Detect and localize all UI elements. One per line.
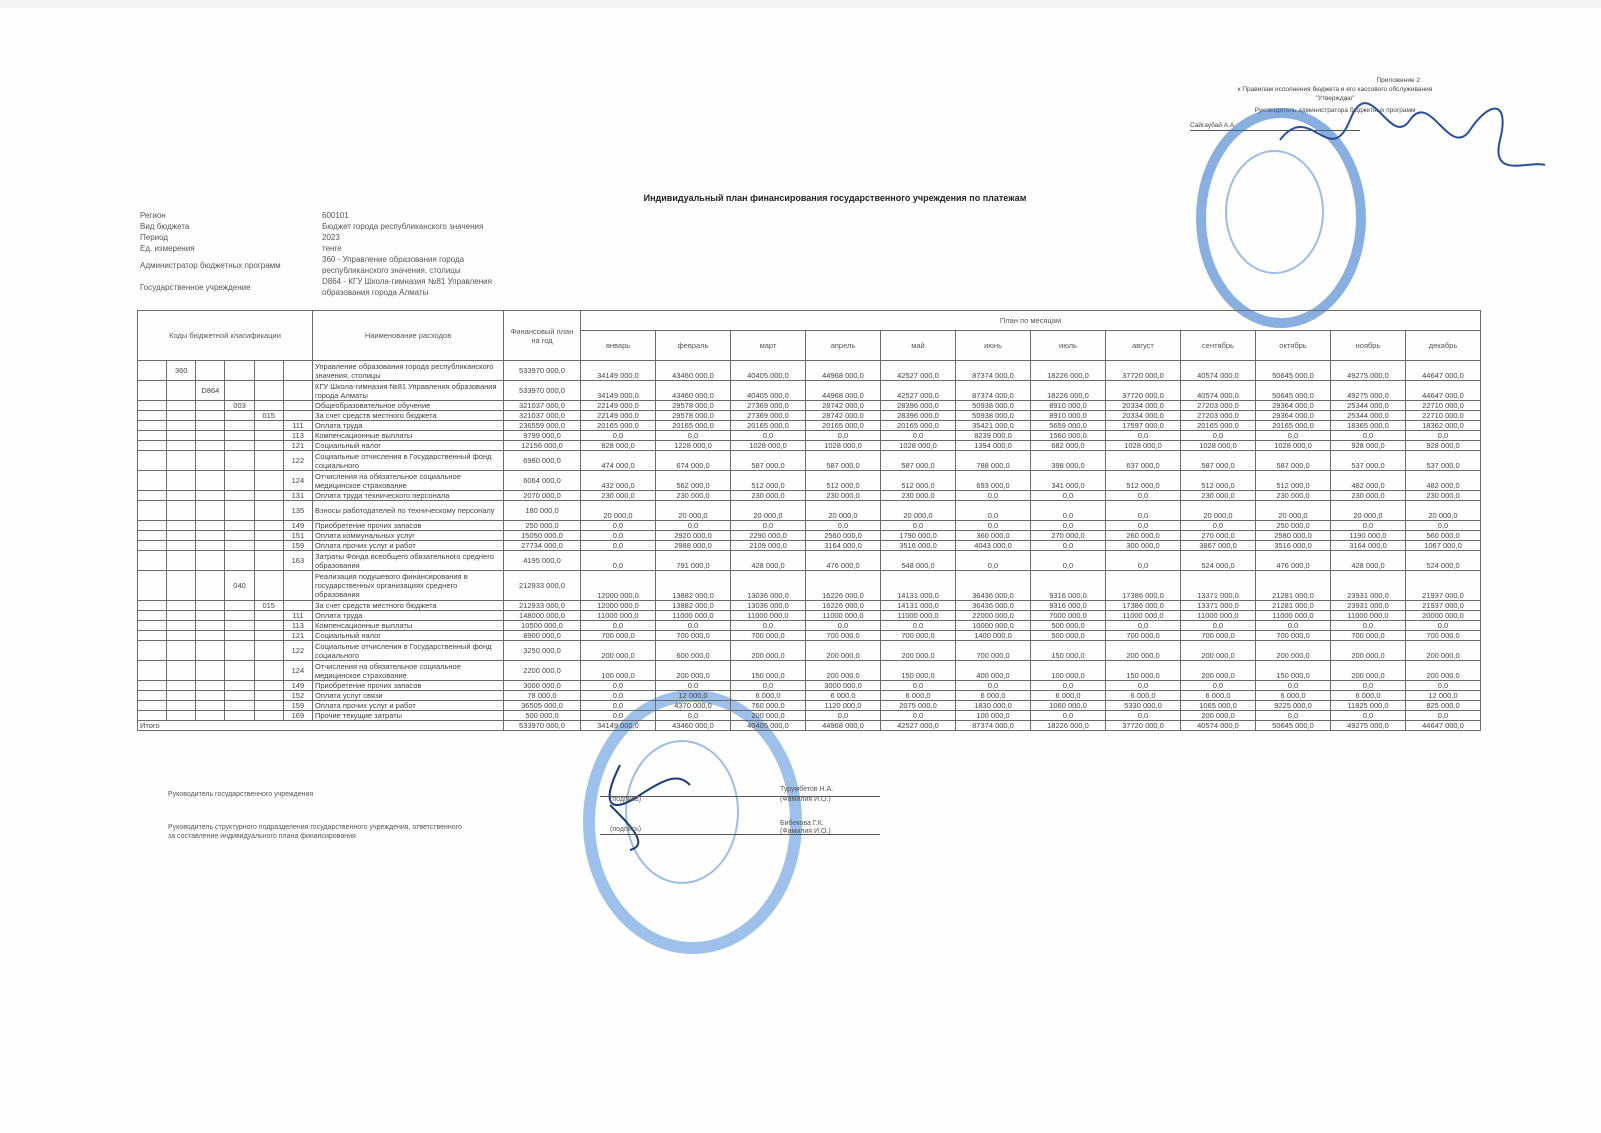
expense-name: Отчисления на обязательное социальное ме…	[313, 471, 504, 491]
month-value: 28742 000,0	[806, 401, 881, 411]
code-cell	[167, 691, 196, 701]
month-value: 11000 000,0	[1331, 611, 1406, 621]
code-cell	[138, 661, 167, 681]
month-value: 18365 000,0	[1331, 421, 1406, 431]
document-title: Индивидуальный план финансирования госуд…	[610, 193, 1060, 203]
annual-value: 27734 000,0	[504, 541, 581, 551]
total-month-value: 50645 000,0	[1256, 721, 1331, 731]
code-cell	[254, 491, 283, 501]
month-value: 0,0	[1256, 681, 1331, 691]
month-value: 0,0	[881, 621, 956, 631]
month-value: 928 000,0	[1406, 441, 1481, 451]
month-value: 8239 000,0	[956, 431, 1031, 441]
month-value: 476 000,0	[806, 551, 881, 571]
month-value: 700 000,0	[881, 631, 956, 641]
expense-name: Оплата труда	[313, 421, 504, 431]
code-cell: 131	[283, 491, 312, 501]
code-cell: 113	[283, 431, 312, 441]
code-cell	[167, 531, 196, 541]
month-value: 6 000,0	[1181, 691, 1256, 701]
code-cell: 169	[283, 711, 312, 721]
signature-bottom-icon	[590, 755, 710, 855]
month-value: 12 000,0	[1406, 691, 1481, 701]
month-value: 700 000,0	[1406, 631, 1481, 641]
month-value: 0,0	[656, 431, 731, 441]
header-month: июнь	[956, 331, 1031, 361]
month-value: 22149 000,0	[581, 401, 656, 411]
meta-value: тенге	[322, 243, 522, 254]
month-value: 0,0	[1331, 711, 1406, 721]
month-value: 29578 000,0	[656, 411, 731, 421]
month-value: 0,0	[1106, 501, 1181, 521]
month-value: 587 000,0	[731, 451, 806, 471]
table-row: 124Отчисления на обязательное социальное…	[138, 661, 1481, 681]
month-value: 40405 000,0	[731, 381, 806, 401]
month-value: 200 000,0	[1181, 711, 1256, 721]
month-value: 9225 000,0	[1256, 701, 1331, 711]
struct-fio-caption: (Фамилия И.О.)	[780, 828, 831, 835]
annual-value: 533970 000,0	[504, 361, 581, 381]
struct-name: Бибекова Г.К.	[780, 820, 824, 827]
month-value: 0,0	[1031, 521, 1106, 531]
month-value: 6 000,0	[731, 691, 806, 701]
code-cell	[196, 621, 225, 631]
month-value: 524 000,0	[1406, 551, 1481, 571]
month-value: 500 000,0	[1031, 621, 1106, 631]
month-value: 0,0	[1031, 501, 1106, 521]
month-value: 230 000,0	[1331, 491, 1406, 501]
table-row: 169Прочие текущие затраты500 000,00,00,0…	[138, 711, 1481, 721]
expense-name: Общеобразовательное обучение	[313, 401, 504, 411]
expense-name: Управление образования города республика…	[313, 361, 504, 381]
code-cell	[167, 601, 196, 611]
expense-name: Оплата прочих услуг и работ	[313, 701, 504, 711]
month-value: 1790 000,0	[881, 531, 956, 541]
code-cell	[254, 521, 283, 531]
code-cell	[196, 531, 225, 541]
month-value: 0,0	[731, 681, 806, 691]
code-cell	[225, 701, 254, 711]
code-cell: 163	[283, 551, 312, 571]
month-value: 1228 000,0	[656, 441, 731, 451]
code-cell	[225, 641, 254, 661]
code-cell	[225, 551, 254, 571]
month-value: 2560 000,0	[806, 531, 881, 541]
month-value: 0,0	[1331, 431, 1406, 441]
month-value: 40405 000,0	[731, 361, 806, 381]
month-value: 20 000,0	[806, 501, 881, 521]
annual-value: 321037 000,0	[504, 411, 581, 421]
month-value: 0,0	[956, 521, 1031, 531]
head-sign-caption: (подпись)	[610, 796, 641, 803]
table-row: 149Приобретение прочих запасов250 000,00…	[138, 521, 1481, 531]
code-cell	[138, 521, 167, 531]
code-cell	[138, 641, 167, 661]
total-month-value: 87374 000,0	[956, 721, 1031, 731]
month-value: 500 000,0	[1031, 631, 1106, 641]
code-cell	[196, 641, 225, 661]
table-row: 040Реализация подушевого финансирования …	[138, 571, 1481, 601]
month-value: 1065 000,0	[1181, 701, 1256, 711]
header-name: Наименование расходов	[313, 311, 504, 361]
month-value: 18226 000,0	[1031, 381, 1106, 401]
code-cell	[254, 531, 283, 541]
code-cell	[225, 451, 254, 471]
month-value: 200 000,0	[1106, 641, 1181, 661]
month-value: 20000 000,0	[1406, 611, 1481, 621]
month-value: 0,0	[1256, 711, 1331, 721]
code-cell	[167, 621, 196, 631]
month-value: 0,0	[1106, 681, 1181, 691]
table-row: 159Оплата прочих услуг и работ36505 000,…	[138, 701, 1481, 711]
code-cell: 015	[254, 601, 283, 611]
month-value: 1028 000,0	[1256, 441, 1331, 451]
header-month: октябрь	[1256, 331, 1331, 361]
annual-value: 212933 000,0	[504, 601, 581, 611]
month-value: 13036 000,0	[731, 601, 806, 611]
month-value: 6 000,0	[806, 691, 881, 701]
table-row: 163Затраты Фонда всеобщего обязательного…	[138, 551, 1481, 571]
month-value: 587 000,0	[1181, 451, 1256, 471]
annual-value: 148000 000,0	[504, 611, 581, 621]
month-value: 12000 000,0	[581, 571, 656, 601]
code-cell	[138, 571, 167, 601]
month-value: 0,0	[581, 691, 656, 701]
code-cell	[138, 401, 167, 411]
month-value: 27203 000,0	[1181, 411, 1256, 421]
month-value: 1120 000,0	[806, 701, 881, 711]
month-value: 270 000,0	[1031, 531, 1106, 541]
month-value: 0,0	[1031, 711, 1106, 721]
month-value: 2109 000,0	[731, 541, 806, 551]
code-cell	[254, 631, 283, 641]
total-month-value: 42527 000,0	[881, 721, 956, 731]
month-value: 341 000,0	[1031, 471, 1106, 491]
month-value: 13036 000,0	[731, 571, 806, 601]
month-value: 0,0	[656, 521, 731, 531]
month-value: 537 000,0	[1406, 451, 1481, 471]
month-value: 428 000,0	[1331, 551, 1406, 571]
month-value: 17386 000,0	[1106, 601, 1181, 611]
code-cell	[225, 441, 254, 451]
code-cell	[167, 681, 196, 691]
month-value: 200 000,0	[1181, 661, 1256, 681]
month-value: 43460 000,0	[656, 361, 731, 381]
month-value: 512 000,0	[806, 471, 881, 491]
month-value: 0,0	[1031, 541, 1106, 551]
expense-name: Прочие текущие затраты	[313, 711, 504, 721]
total-row: Итого533970 000,034149 000,043460 000,04…	[138, 721, 1481, 731]
total-month-value: 44968 000,0	[806, 721, 881, 731]
code-cell: 149	[283, 521, 312, 531]
month-value: 548 000,0	[881, 551, 956, 571]
month-value: 50645 000,0	[1256, 381, 1331, 401]
annual-value: 3000 000,0	[504, 681, 581, 691]
code-cell	[196, 451, 225, 471]
total-month-value: 49275 000,0	[1331, 721, 1406, 731]
month-value: 12000 000,0	[581, 601, 656, 611]
month-value: 0,0	[1256, 621, 1331, 631]
expense-name: Реализация подушевого финансирования в г…	[313, 571, 504, 601]
header-month: апрель	[806, 331, 881, 361]
month-value: 11825 000,0	[1331, 701, 1406, 711]
month-value: 49275 000,0	[1331, 361, 1406, 381]
meta-value: 360 - Управление образования города респ…	[322, 254, 522, 276]
month-value: 0,0	[1181, 431, 1256, 441]
month-value: 44968 000,0	[806, 361, 881, 381]
month-value: 637 000,0	[1106, 451, 1181, 471]
month-value: 44647 000,0	[1406, 381, 1481, 401]
month-value: 21937 000,0	[1406, 601, 1481, 611]
month-value: 482 000,0	[1406, 471, 1481, 491]
table-row: 124Отчисления на обязательное социальное…	[138, 471, 1481, 491]
code-cell	[283, 571, 312, 601]
code-cell: 124	[283, 471, 312, 491]
month-value: 5659 000,0	[1031, 421, 1106, 431]
month-value: 2988 000,0	[656, 541, 731, 551]
month-value: 20165 000,0	[1256, 421, 1331, 431]
code-cell	[138, 441, 167, 451]
expense-name: Оплата труда	[313, 611, 504, 621]
table-row: 121Социальный налог12156 000,0828 000,01…	[138, 441, 1481, 451]
annual-value: 533970 000,0	[504, 381, 581, 401]
month-value: 87374 000,0	[956, 361, 1031, 381]
month-value: 20 000,0	[881, 501, 956, 521]
code-cell	[283, 601, 312, 611]
table-row: 135Взносы работодателей по техническому …	[138, 501, 1481, 521]
code-cell	[138, 551, 167, 571]
month-value: 40574 000,0	[1181, 381, 1256, 401]
code-cell	[196, 691, 225, 701]
month-value: 200 000,0	[806, 661, 881, 681]
month-value: 25344 000,0	[1331, 401, 1406, 411]
month-value: 0,0	[1031, 681, 1106, 691]
code-cell	[138, 701, 167, 711]
code-cell	[138, 431, 167, 441]
code-cell: 135	[283, 501, 312, 521]
code-cell	[138, 501, 167, 521]
month-value: 700 000,0	[731, 631, 806, 641]
code-cell	[138, 691, 167, 701]
month-value: 230 000,0	[656, 491, 731, 501]
month-value: 10000 000,0	[956, 621, 1031, 631]
code-cell	[225, 711, 254, 721]
month-value: 537 000,0	[1331, 451, 1406, 471]
month-value: 474 000,0	[581, 451, 656, 471]
month-value: 0,0	[581, 701, 656, 711]
expense-name: Оплата труда технического персонала	[313, 491, 504, 501]
code-cell	[138, 421, 167, 431]
month-value: 35421 000,0	[956, 421, 1031, 431]
month-value: 0,0	[656, 681, 731, 691]
code-cell	[196, 491, 225, 501]
month-value: 100 000,0	[956, 711, 1031, 721]
table-row: 003Общеобразовательное обучение321037 00…	[138, 401, 1481, 411]
month-value: 34149 000,0	[581, 381, 656, 401]
total-month-value: 34149 000,0	[581, 721, 656, 731]
code-cell: D864	[196, 381, 225, 401]
code-cell	[225, 501, 254, 521]
expense-name: Социальные отчисления в Государственный …	[313, 641, 504, 661]
code-cell	[225, 491, 254, 501]
code-cell: 121	[283, 441, 312, 451]
code-cell	[196, 601, 225, 611]
month-value: 20 000,0	[656, 501, 731, 521]
month-value: 0,0	[656, 711, 731, 721]
month-value: 11000 000,0	[806, 611, 881, 621]
month-value: 43460 000,0	[656, 381, 731, 401]
expense-name: Компенсационные выплаты	[313, 431, 504, 441]
month-value: 1028 000,0	[806, 441, 881, 451]
head-signature-label: Руководитель государственного учреждения	[168, 790, 468, 799]
code-cell	[138, 541, 167, 551]
month-value: 0,0	[1331, 681, 1406, 691]
month-value: 512 000,0	[731, 471, 806, 491]
code-cell: 040	[225, 571, 254, 601]
month-value: 20 000,0	[731, 501, 806, 521]
code-cell: 159	[283, 701, 312, 711]
total-month-value: 43460 000,0	[656, 721, 731, 731]
code-cell	[254, 691, 283, 701]
month-value: 11000 000,0	[1256, 611, 1331, 621]
header-month: июль	[1031, 331, 1106, 361]
code-cell	[196, 711, 225, 721]
annual-value: 2070 000,0	[504, 491, 581, 501]
annual-value: 250 000,0	[504, 521, 581, 531]
month-value: 6 000,0	[1106, 691, 1181, 701]
code-cell	[196, 611, 225, 621]
month-value: 428 000,0	[731, 551, 806, 571]
month-value: 0,0	[1181, 621, 1256, 631]
month-value: 560 000,0	[1406, 531, 1481, 541]
meta-label: Администратор бюджетных программ	[140, 260, 322, 271]
code-cell	[283, 361, 312, 381]
month-value: 8910 000,0	[1031, 411, 1106, 421]
annual-value: 12156 000,0	[504, 441, 581, 451]
month-value: 0,0	[806, 621, 881, 631]
month-value: 200 000,0	[881, 641, 956, 661]
code-cell	[167, 631, 196, 641]
month-value: 20 000,0	[1406, 501, 1481, 521]
month-value: 22710 000,0	[1406, 411, 1481, 421]
struct-signature-label: Руководитель структурного подразделения …	[168, 823, 468, 841]
code-cell	[196, 501, 225, 521]
annual-value: 180 000,0	[504, 501, 581, 521]
month-value: 21281 000,0	[1256, 571, 1331, 601]
month-value: 0,0	[581, 711, 656, 721]
month-value: 20165 000,0	[1181, 421, 1256, 431]
code-cell	[167, 451, 196, 471]
month-value: 700 000,0	[581, 631, 656, 641]
month-value: 482 000,0	[1331, 471, 1406, 491]
meta-label: Регион	[140, 210, 322, 221]
month-value: 0,0	[956, 491, 1031, 501]
month-value: 693 000,0	[956, 471, 1031, 491]
code-cell: 003	[225, 401, 254, 411]
month-value: 20165 000,0	[581, 421, 656, 431]
month-value: 587 000,0	[881, 451, 956, 471]
month-value: 250 000,0	[1256, 521, 1331, 531]
month-value: 28396 000,0	[881, 401, 956, 411]
code-cell	[196, 401, 225, 411]
month-value: 50645 000,0	[1256, 361, 1331, 381]
month-value: 0,0	[1106, 431, 1181, 441]
code-cell	[254, 401, 283, 411]
expense-name: Оплата услуг связи	[313, 691, 504, 701]
month-value: 16226 000,0	[806, 571, 881, 601]
code-cell	[225, 531, 254, 541]
code-cell: 152	[283, 691, 312, 701]
annual-value: 78 000,0	[504, 691, 581, 701]
month-value: 200 000,0	[806, 641, 881, 661]
month-value: 200 000,0	[1331, 641, 1406, 661]
month-value: 17597 000,0	[1106, 421, 1181, 431]
code-cell	[283, 401, 312, 411]
table-row: 131Оплата труда технического персонала20…	[138, 491, 1481, 501]
code-cell	[225, 471, 254, 491]
month-value: 18362 000,0	[1406, 421, 1481, 431]
month-value: 40574 000,0	[1181, 361, 1256, 381]
month-value: 828 000,0	[581, 441, 656, 451]
expense-name: За счет средств местного бюджета	[313, 411, 504, 421]
code-cell: 159	[283, 541, 312, 551]
month-value: 150 000,0	[1256, 661, 1331, 681]
code-cell	[138, 491, 167, 501]
month-value: 0,0	[1181, 681, 1256, 691]
month-value: 22000 000,0	[956, 611, 1031, 621]
code-cell	[225, 381, 254, 401]
month-value: 20 000,0	[581, 501, 656, 521]
code-cell	[283, 411, 312, 421]
month-value: 512 000,0	[1181, 471, 1256, 491]
month-value: 13882 000,0	[656, 601, 731, 611]
code-cell	[254, 701, 283, 711]
financing-plan-table: Коды бюджетной класификации Наименование…	[137, 310, 1481, 731]
code-cell	[225, 431, 254, 441]
total-label: Итого	[138, 721, 504, 731]
month-value: 11000 000,0	[1106, 611, 1181, 621]
code-cell	[254, 661, 283, 681]
month-value: 11000 000,0	[731, 611, 806, 621]
code-cell	[138, 681, 167, 691]
header-month: ноябрь	[1331, 331, 1406, 361]
month-value: 150 000,0	[1106, 661, 1181, 681]
month-value: 791 000,0	[656, 551, 731, 571]
month-value: 20 000,0	[1181, 501, 1256, 521]
month-value: 200 000,0	[656, 661, 731, 681]
header-month: август	[1106, 331, 1181, 361]
expense-name: КГУ Школа-гимназия №81 Управления образо…	[313, 381, 504, 401]
month-value: 11000 000,0	[656, 611, 731, 621]
month-value: 0,0	[731, 621, 806, 631]
month-value: 0,0	[1106, 491, 1181, 501]
month-value: 1400 000,0	[956, 631, 1031, 641]
table-row: 122Социальные отчисления в Государственн…	[138, 641, 1481, 661]
expense-name: Социальные отчисления в Государственный …	[313, 451, 504, 471]
code-cell: 121	[283, 631, 312, 641]
expense-name: Компенсационные выплаты	[313, 621, 504, 631]
code-cell: 124	[283, 661, 312, 681]
month-value: 3000 000,0	[806, 681, 881, 691]
month-value: 14131 000,0	[881, 571, 956, 601]
month-value: 200 000,0	[731, 711, 806, 721]
code-cell	[196, 521, 225, 531]
month-value: 0,0	[881, 521, 956, 531]
table-row: D864КГУ Школа-гимназия №81 Управления об…	[138, 381, 1481, 401]
month-value: 674 000,0	[656, 451, 731, 471]
month-value: 0,0	[881, 431, 956, 441]
month-value: 230 000,0	[1406, 491, 1481, 501]
